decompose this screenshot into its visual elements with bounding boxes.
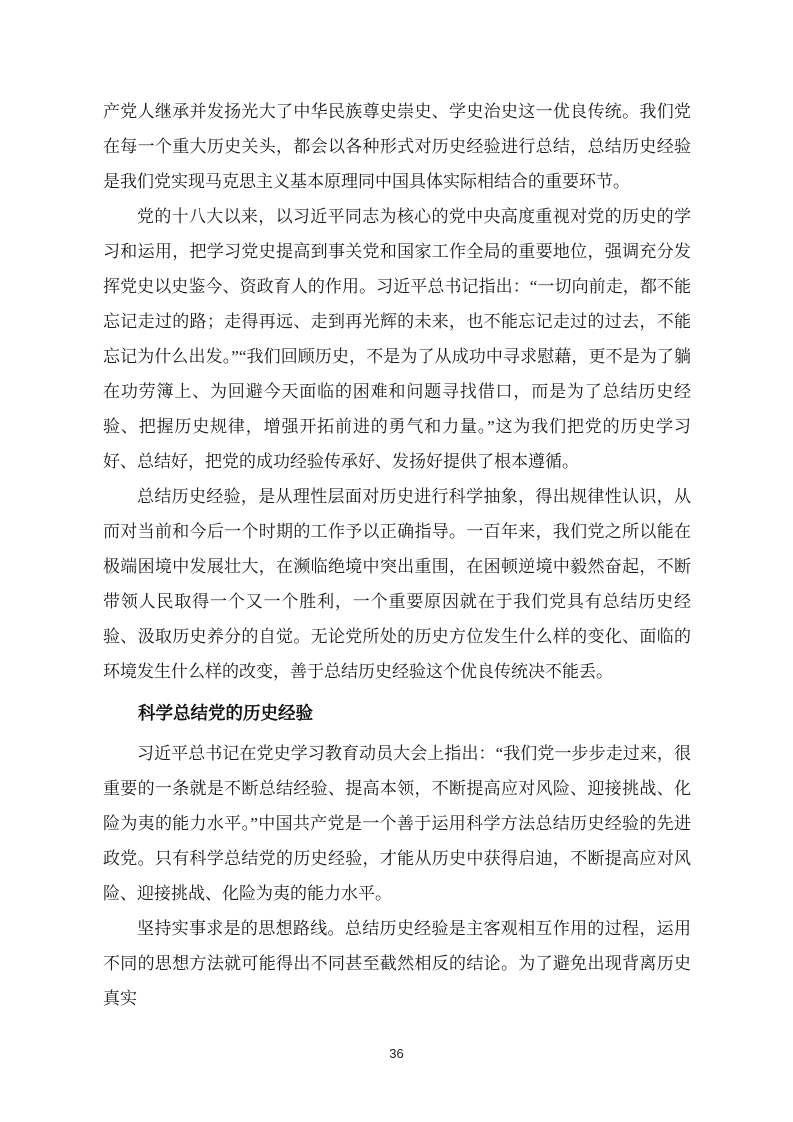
section-heading: 科学总结党的历史经验 [103, 696, 691, 731]
paragraph: 坚持实事求是的思想路线。总结历史经验是主客观相互作用的过程，运用不同的思想方法就… [103, 911, 691, 1016]
page-number: 36 [0, 1046, 793, 1061]
paragraph: 党的十八大以来，以习近平同志为核心的党中央高度重视对党的历史的学习和运用，把学习… [103, 199, 691, 479]
paragraph: 习近平总书记在党史学习教育动员大会上指出：“我们党一步步走过来，很重要的一条就是… [103, 736, 691, 911]
document-body: 产党人继承并发扬光大了中华民族尊史崇史、学史治史这一优良传统。我们党在每一个重大… [103, 94, 691, 1016]
paragraph: 总结历史经验，是从理性层面对历史进行科学抽象，得出规律性认识，从而对当前和今后一… [103, 479, 691, 689]
paragraph-continuation: 产党人继承并发扬光大了中华民族尊史崇史、学史治史这一优良传统。我们党在每一个重大… [103, 94, 691, 199]
document-page: 产党人继承并发扬光大了中华民族尊史崇史、学史治史这一优良传统。我们党在每一个重大… [0, 0, 793, 1122]
